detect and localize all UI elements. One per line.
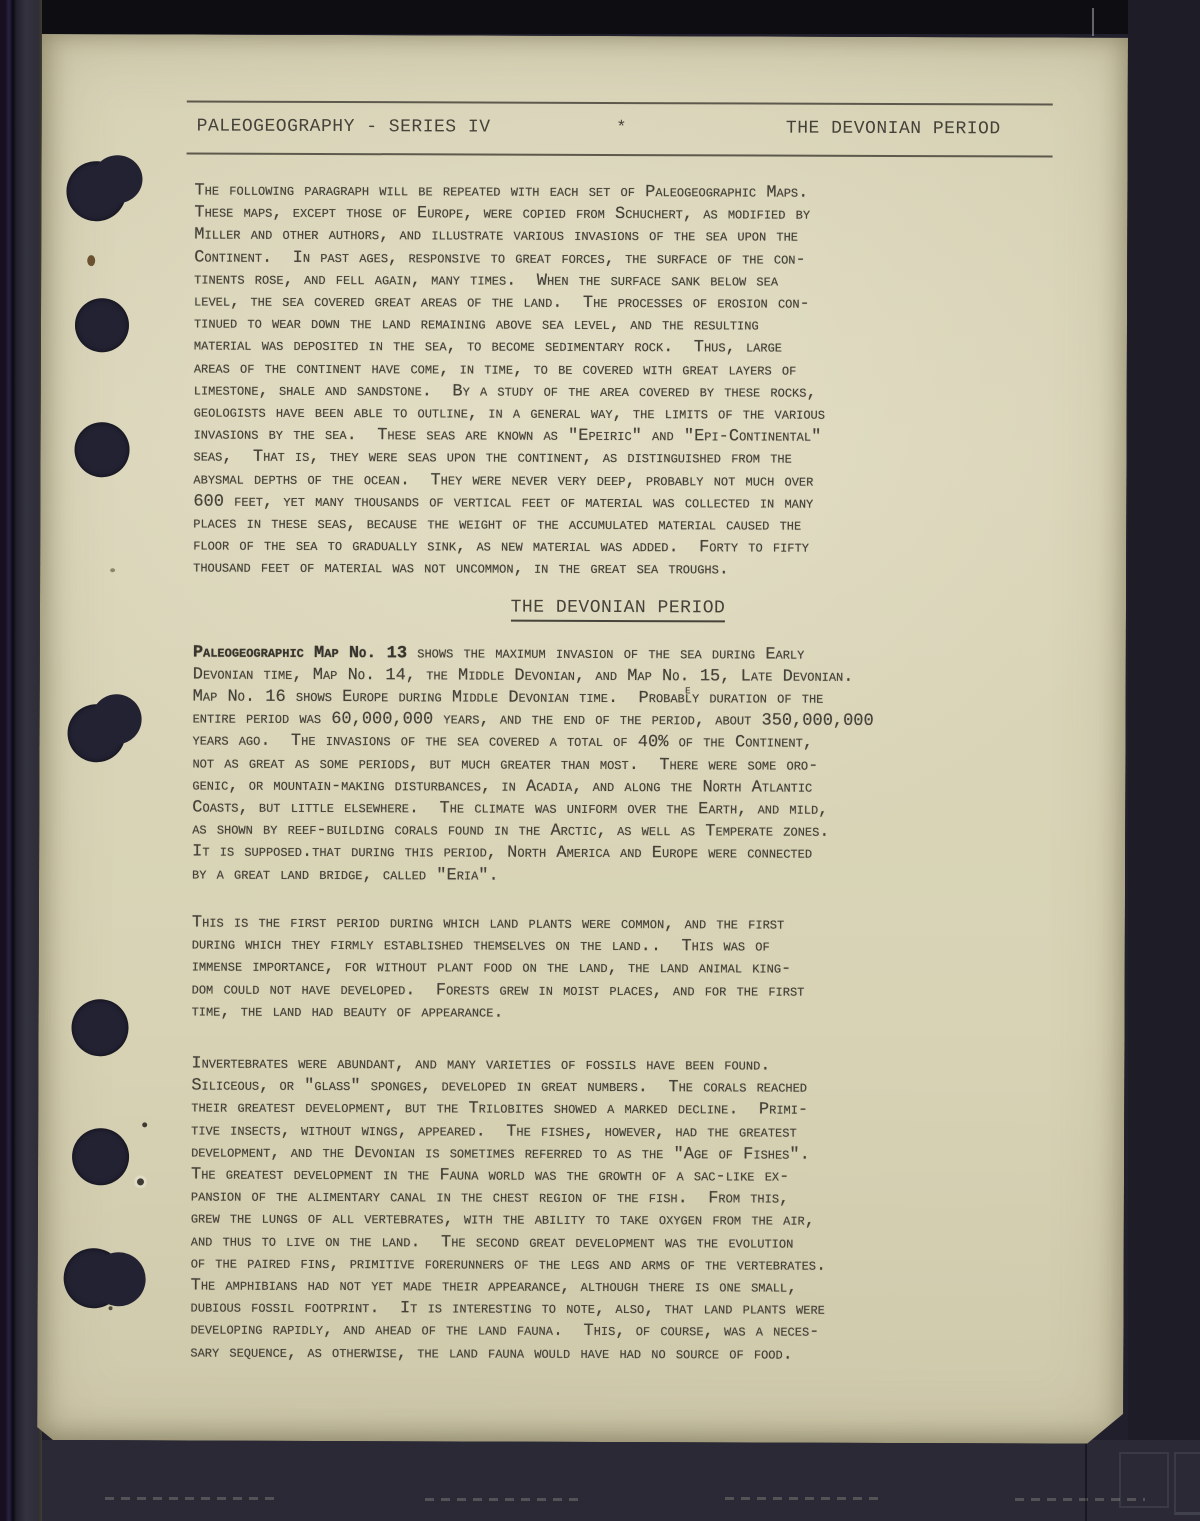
header-separator-asterisk: * (616, 119, 627, 138)
text-line: immense importance, for without plant fo… (192, 957, 1050, 982)
film-scratch (1092, 8, 1094, 36)
film-edge-mark (725, 1497, 885, 1500)
text-line: abysmal depths of the ocean. They were n… (193, 469, 1051, 494)
hole-punch (72, 1128, 129, 1185)
text-line: tinents rose, and fell again, many times… (194, 269, 1052, 294)
text-line: The greatest development in the Fauna wo… (191, 1164, 1049, 1189)
text-line: of the paired fins, primitive forerunner… (191, 1253, 1049, 1278)
paragraph: Invertebrates were abundant, and many va… (182, 1053, 1049, 1367)
hole-punch (66, 161, 126, 221)
text-line: This is the first period during which la… (192, 912, 1050, 937)
hole-punch (67, 704, 125, 762)
text-line: dom could not have developed. Forests gr… (192, 979, 1050, 1004)
paper-speck (110, 568, 115, 572)
text-line: invasions by the sea. These seas are kno… (194, 425, 1052, 450)
binding-edge (0, 0, 42, 1521)
paper-speck (87, 255, 95, 266)
paragraph: This is the first period during which la… (184, 912, 1050, 1026)
text-line: tive insects, without wings, appeared. T… (191, 1120, 1049, 1145)
text-line: limestone, shale and sandstone. By a stu… (194, 380, 1052, 405)
text-line: genic, or mountain-making disturbances, … (192, 775, 1050, 800)
text-line: as shown by reef-building corals found i… (192, 820, 1050, 845)
document-page: PALEOGEOGRAPHY - SERIES IV * THE DEVONIA… (37, 34, 1128, 1444)
text-line: thousand feet of material was not uncomm… (193, 558, 1051, 583)
text-line: areas of the continent have come, in tim… (194, 358, 1052, 383)
paper-speck (109, 1306, 113, 1310)
film-edge-mark (105, 1497, 280, 1500)
text-line: not as great as some periods, but much g… (192, 753, 1050, 778)
section-heading: THE DEVONIAN PERIOD (185, 596, 1051, 619)
text-line: by a great land bridge, called "Eria". (192, 864, 1050, 889)
text-line: Miller and other authors, and illustrate… (194, 225, 1052, 250)
typed-content: PALEOGEOGRAPHY - SERIES IV * THE DEVONIA… (182, 101, 1052, 1368)
text-line: floor of the sea to gradually sink, as n… (193, 536, 1051, 561)
text-line: Siliceous, or "glass" sponges, developed… (191, 1076, 1049, 1101)
film-frame-mark (1119, 1452, 1169, 1508)
hole-punch (64, 1248, 124, 1308)
text-line: during which they firmly established the… (192, 935, 1050, 960)
text-line: development, and the Devonian is sometim… (191, 1142, 1049, 1167)
hole-punch (71, 999, 128, 1056)
text-line: places in these seas, because the weight… (193, 514, 1051, 539)
film-scratch (1085, 1442, 1087, 1521)
text-line: developing rapidly, and ahead of the lan… (190, 1320, 1048, 1345)
header-rule-top (187, 101, 1053, 106)
hole-punch (74, 422, 129, 477)
film-band-right (1128, 0, 1200, 1521)
hole-punch (75, 298, 129, 352)
text-line: level, the sea covered great areas of th… (194, 292, 1052, 317)
text-line: their greatest development, but the Tril… (191, 1098, 1049, 1123)
text-line: Paleogeographic Map No. 13 shows the max… (193, 642, 1051, 667)
body-paragraphs: Paleogeographic Map No. 13 shows the max… (182, 642, 1051, 1367)
film-edge-mark (425, 1498, 580, 1501)
header-period-title: THE DEVONIAN PERIOD (627, 118, 1047, 139)
paper-speck (137, 1178, 144, 1185)
text-line: Coasts, but little elsewhere. The climat… (192, 798, 1050, 823)
page-header: PALEOGEOGRAPHY - SERIES IV * THE DEVONIA… (187, 117, 1053, 140)
text-line: grew the lungs of all vertebrates, with … (191, 1209, 1049, 1234)
film-band-bottom (0, 1440, 1200, 1521)
intro-paragraph: The following paragraph will be repeated… (185, 181, 1052, 584)
text-line: These maps, except those of Europe, were… (194, 203, 1052, 228)
text-line: pansion of the alimentary canal in the c… (191, 1187, 1049, 1212)
text-line: Map No. 16 shows Europe during Middle De… (193, 687, 1051, 712)
scan-background: PALEOGEOGRAPHY - SERIES IV * THE DEVONIA… (0, 0, 1200, 1521)
text-line: sary sequence, as otherwise, the land fa… (190, 1342, 1048, 1367)
text-line: tinued to wear down the land remaining a… (194, 314, 1052, 339)
text-line: and thus to live on the land. The second… (191, 1231, 1049, 1256)
text-line: Continent. In past ages, responsive to g… (194, 247, 1052, 272)
text-line: Devonian time, Map No. 14, the Middle De… (193, 664, 1051, 689)
paper-speck (142, 1122, 147, 1127)
text-line: time, the land had beauty of appearance. (192, 1001, 1050, 1026)
text-line: years ago. The invasions of the sea cove… (192, 731, 1050, 756)
film-band-top (0, 0, 1200, 34)
text-line: material was deposited in the sea, to be… (194, 336, 1052, 361)
header-series-title: PALEOGEOGRAPHY - SERIES IV (197, 117, 617, 138)
text-line: 600 feet, yet many thousands of vertical… (193, 491, 1051, 516)
text-line: seas, That is, they were seas upon the c… (193, 447, 1051, 472)
header-rule-bottom (187, 153, 1053, 158)
text-line: The amphibians had not yet made their ap… (191, 1275, 1049, 1300)
film-frame-mark (1174, 1452, 1200, 1515)
text-line: dubious fossil footprint. It is interest… (191, 1298, 1049, 1323)
text-line: Invertebrates were abundant, and many va… (191, 1053, 1049, 1078)
text-line: It is supposed.that during this period, … (192, 842, 1050, 867)
text-line: geologists have been able to outline, in… (194, 403, 1052, 428)
paragraph: Paleogeographic Map No. 13 shows the max… (184, 642, 1051, 889)
text-line: entire period was 60,000,000 years, and … (193, 709, 1051, 734)
text-line: The following paragraph will be repeated… (194, 181, 1052, 206)
